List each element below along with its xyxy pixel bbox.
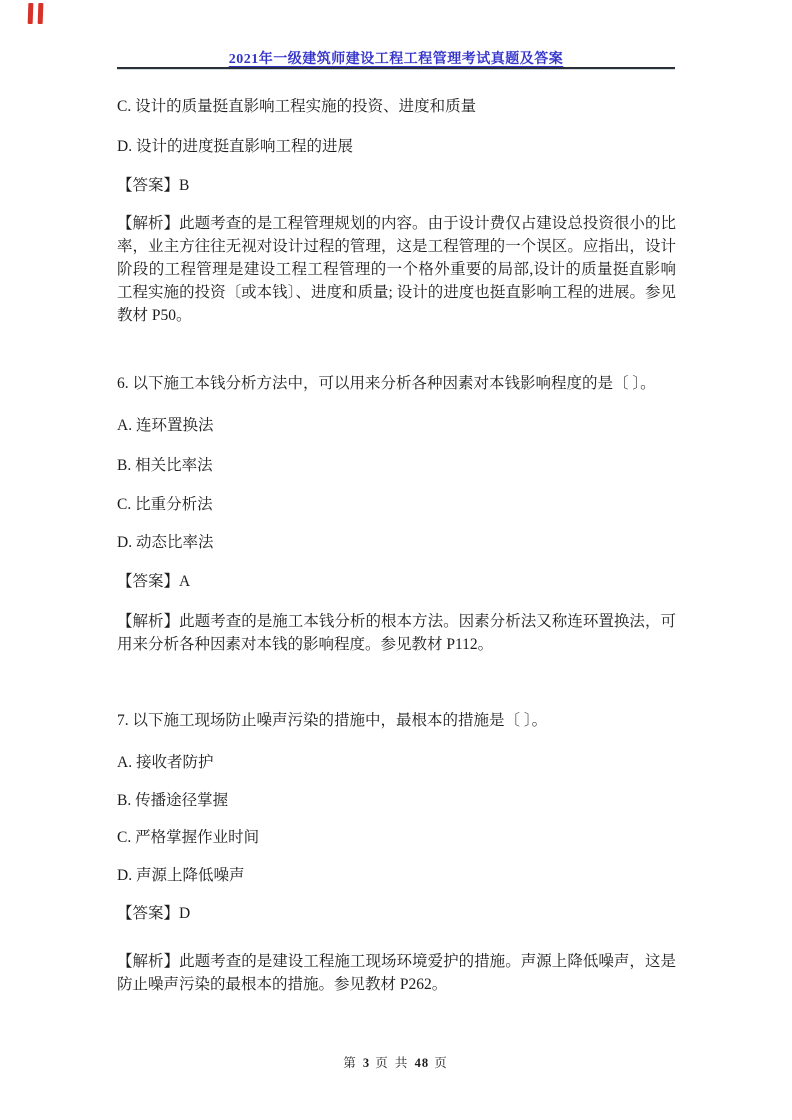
red-corner-mark: [28, 3, 34, 24]
q5-option-c: C. 设计的质量挺直影响工程实施的投资、进度和质量: [117, 97, 677, 117]
q7-question: 7. 以下施工现场防止噪声污染的措施中，最根本的措施是〔 〕。: [117, 711, 677, 731]
q6-answer: 【答案】A: [117, 572, 677, 592]
footer-total-pages: 48: [415, 1056, 430, 1070]
q6-analysis: 【解析】此题考查的是施工本钱分析的根本方法。因素分析法又称连环置换法，可用来分析…: [117, 610, 676, 656]
q5-analysis: 【解析】此题考查的是工程管理规划的内容。由于设计费仅占建设总投资很小的比率，业主…: [117, 212, 676, 327]
q6-question: 6. 以下施工本钱分析方法中，可以用来分析各种因素对本钱影响程度的是〔 〕。: [117, 374, 677, 394]
header-rule: [117, 67, 675, 70]
q7-option-d: D. 声源上降低噪声: [117, 866, 677, 886]
q6-option-a: A. 连环置换法: [117, 416, 677, 436]
q7-option-c: C. 严格掌握作业时间: [117, 828, 677, 848]
q7-option-a: A. 接收者防护: [117, 753, 677, 773]
footer-label-suffix: 页: [434, 1056, 449, 1070]
q7-answer: 【答案】D: [117, 904, 677, 924]
q6-option-c: C. 比重分析法: [117, 495, 677, 515]
q7-analysis: 【解析】此题考查的是建设工程施工现场环境爱护的措施。声源上降低噪声，这是防止噪声…: [117, 950, 676, 996]
q6-option-d: D. 动态比率法: [117, 533, 677, 553]
footer-label-middle: 页 共: [375, 1056, 409, 1070]
q5-answer: 【答案】B: [117, 176, 677, 196]
footer-page-indicator: 第 3 页 共 48 页: [0, 1053, 792, 1071]
document-page: 2021年一级建筑师建设工程工程管理考试真题及答案 C. 设计的质量挺直影响工程…: [0, 0, 792, 1120]
footer-label-prefix: 第: [343, 1056, 358, 1070]
red-corner-mark: [38, 3, 44, 24]
footer-page-number: 3: [363, 1056, 370, 1070]
q6-option-b: B. 相关比率法: [117, 456, 677, 476]
q5-option-d: D. 设计的进度挺直影响工程的进展: [117, 137, 677, 157]
q7-option-b: B. 传播途径掌握: [117, 791, 677, 811]
document-title: 2021年一级建筑师建设工程工程管理考试真题及答案: [117, 48, 675, 68]
